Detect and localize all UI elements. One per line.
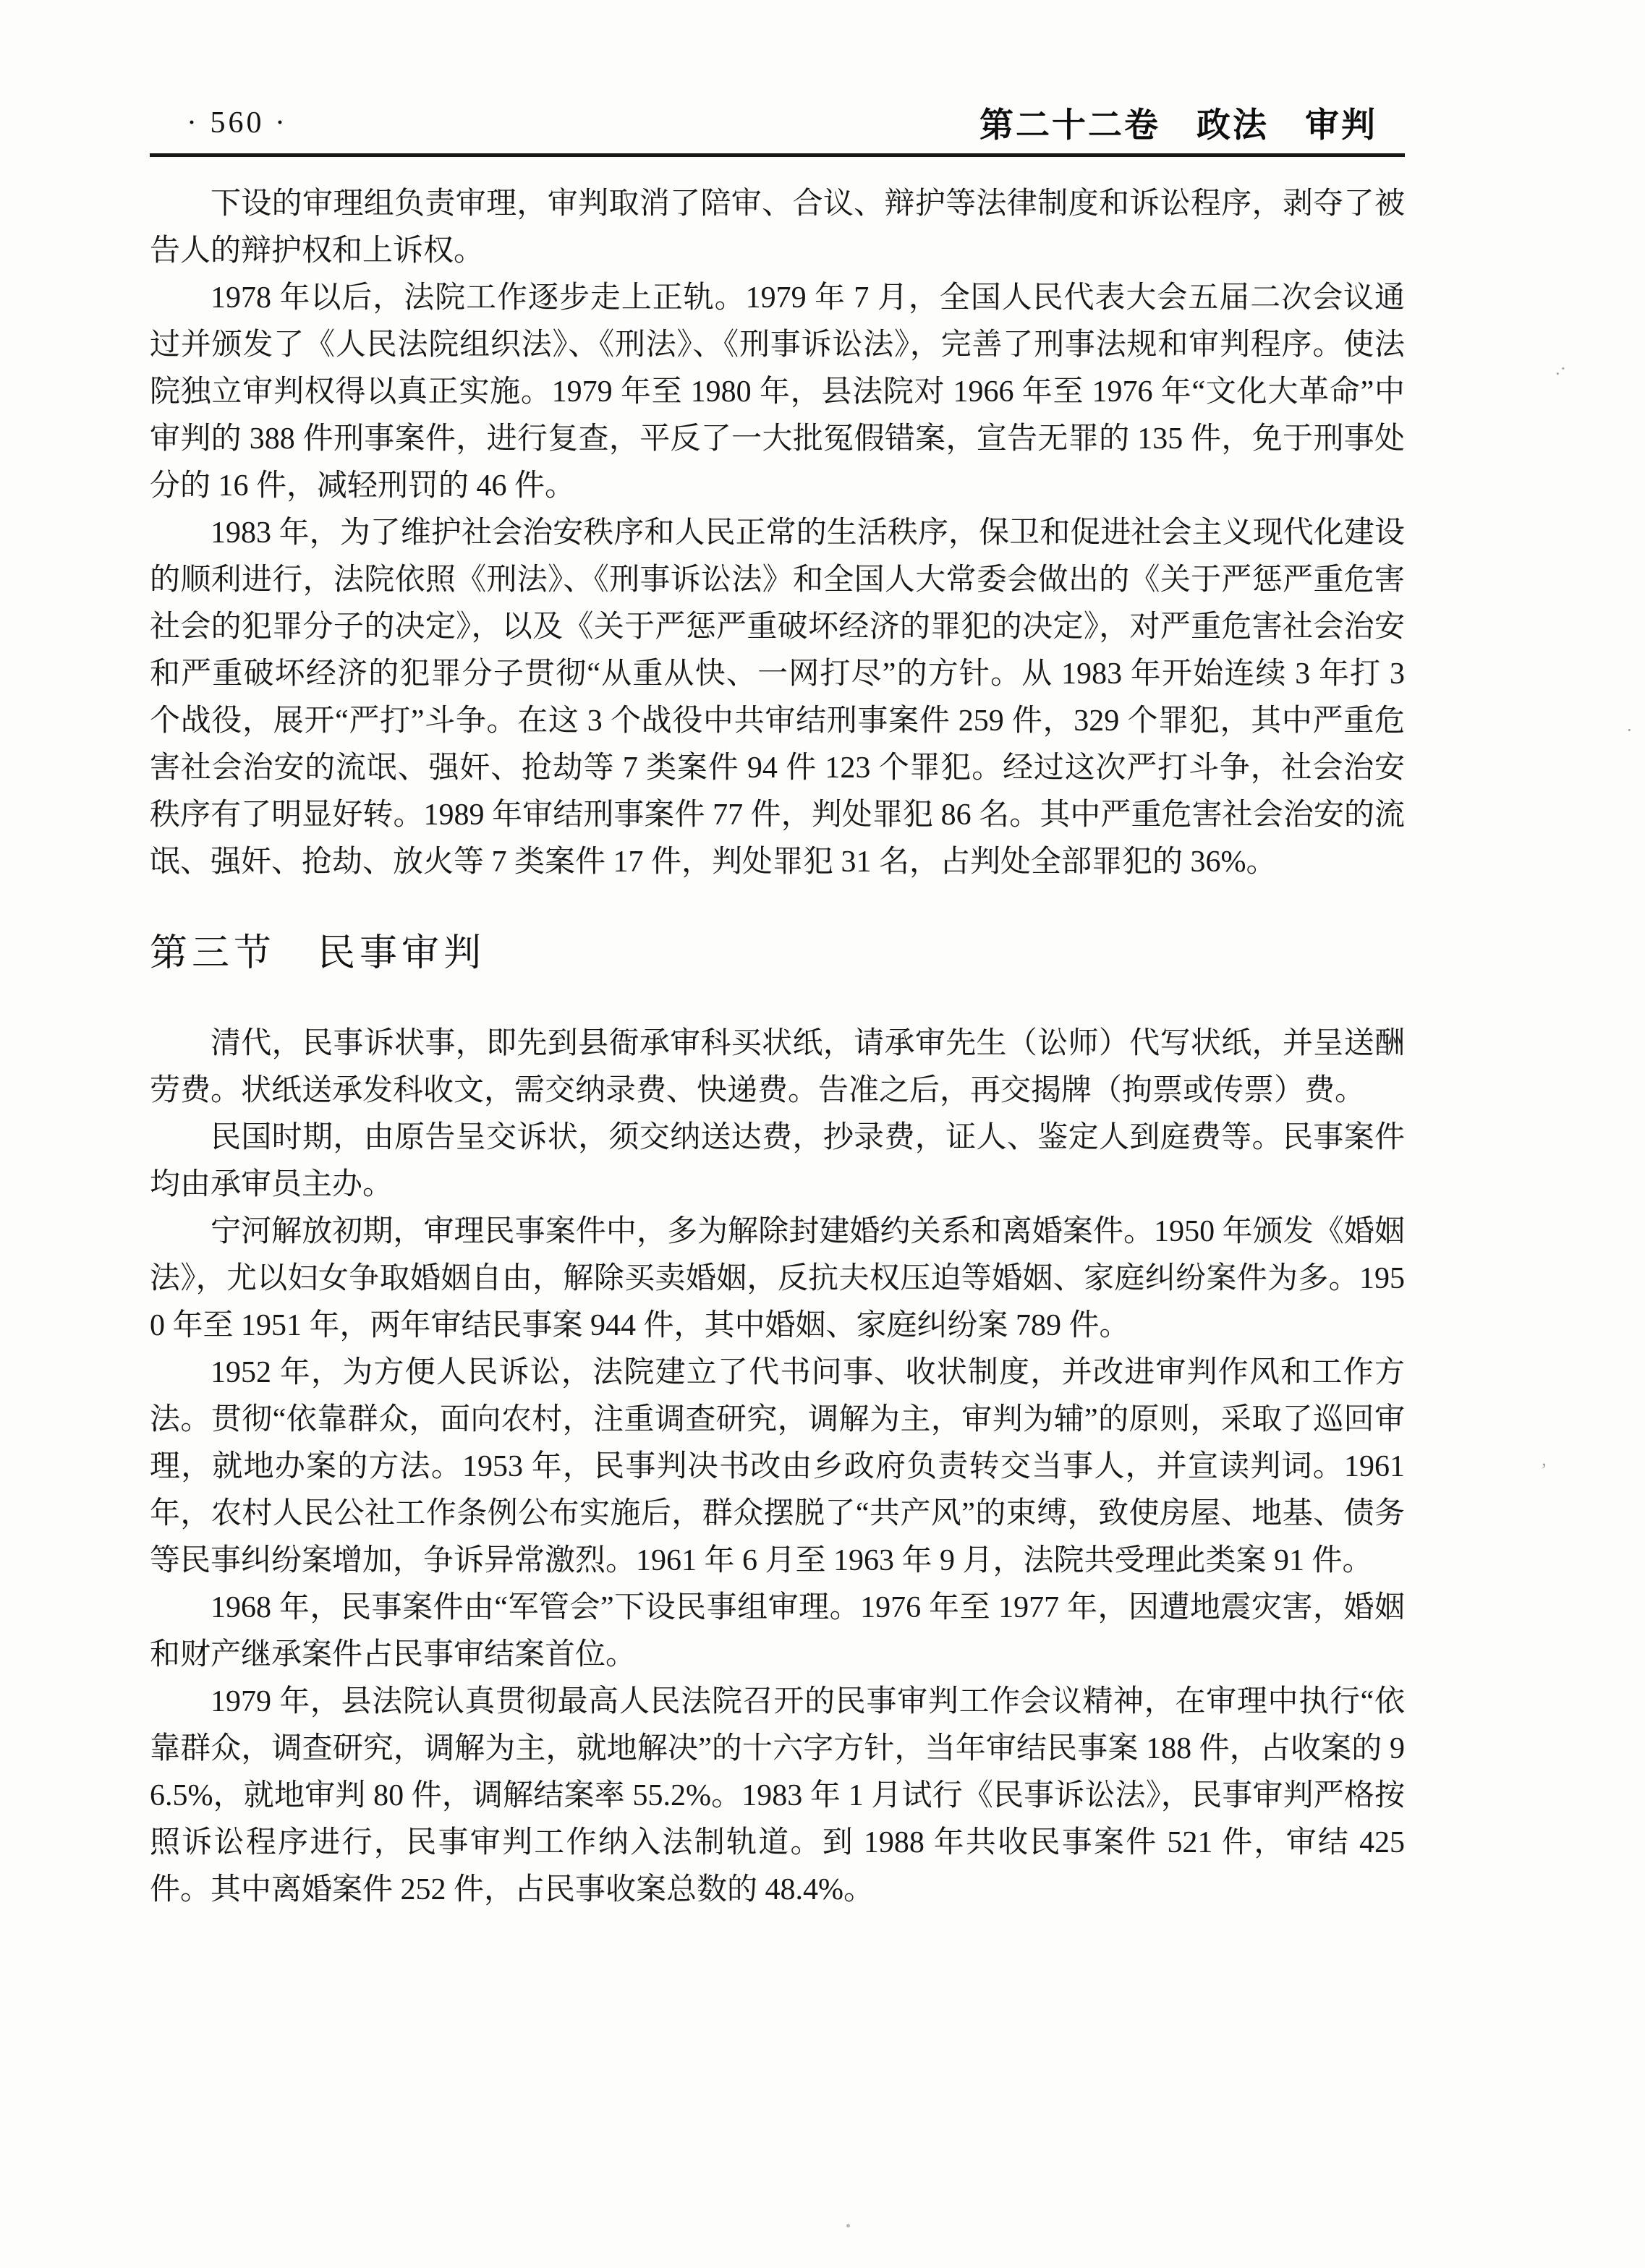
paragraph: 下设的审理组负责审理，审判取消了陪审、合议、辩护等法律制度和诉讼程序，剥夺了被告… [150, 181, 1405, 275]
book-page: · 560 · 第二十二卷 政法 审判 下设的审理组负责审理，审判取消了陪审、合… [0, 0, 1645, 2268]
scan-speck [846, 2224, 850, 2227]
paragraph: 民国时期，由原告呈交诉状，须交纳送达费，抄录费，证人、鉴定人到庭费等。民事案件均… [150, 1114, 1405, 1208]
scan-speck: · [1626, 720, 1633, 741]
paragraph: 1979 年，县法院认真贯彻最高人民法院召开的民事审判工作会议精神，在审理中执行… [150, 1679, 1405, 1914]
page-number: · 560 · [187, 106, 288, 140]
paragraph: 1983 年，为了维护社会治安秩序和人民正常的生活秩序，保卫和促进社会主义现代化… [150, 510, 1405, 886]
section-heading: 第三节 民事审判 [150, 928, 1405, 980]
scan-speck: .· [1555, 358, 1566, 380]
paragraph: 1978 年以后，法院工作逐步走上正轨。1979 年 7 月，全国人民代表大会五… [150, 275, 1405, 510]
paragraph: 1952 年，为方便人民诉讼，法院建立了代书问事、收状制度，并改进审判作风和工作… [150, 1350, 1405, 1585]
paragraph: 1968 年，民事案件由“军管会”下设民事组审理。1976 年至 1977 年，… [150, 1585, 1405, 1679]
header-divider [150, 153, 1405, 157]
header-title: 第二十二卷 政法 审判 [979, 98, 1377, 147]
paragraph: 清代，民事诉状事，即先到县衙承审科买状纸，请承审先生（讼师）代写状纸，并呈送酬劳… [150, 1020, 1405, 1114]
paragraph: 宁河解放初期，审理民事案件中，多为解除封建婚约关系和离婚案件。1950 年颁发《… [150, 1208, 1405, 1350]
page-content: 下设的审理组负责审理，审判取消了陪审、合议、辩护等法律制度和诉讼程序，剥夺了被告… [150, 181, 1405, 1914]
scan-speck: ’ [1541, 1459, 1547, 1481]
